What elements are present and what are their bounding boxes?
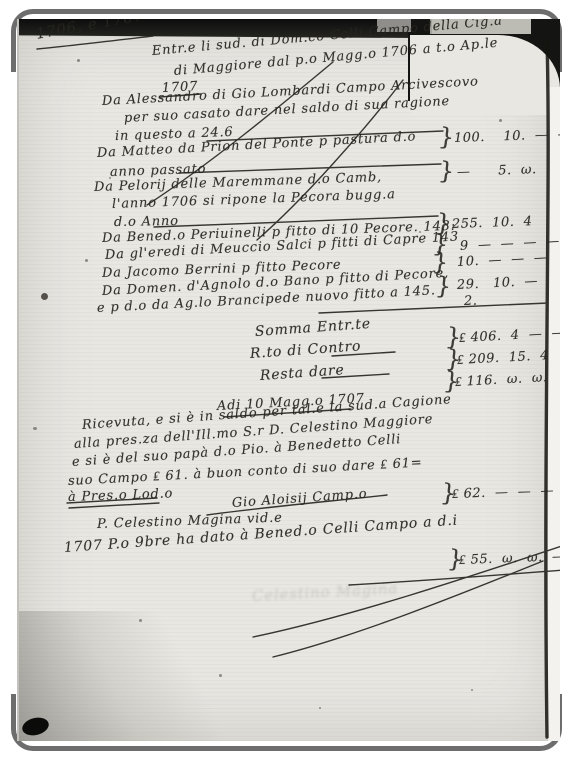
- entry-line: d.o Anno: [114, 214, 179, 230]
- underline-stroke: [319, 303, 548, 313]
- amount-value: — 5. ω.: [457, 162, 537, 180]
- screenshot-canvas: 1706, e 1707 Entr.e li sud. di Dom.co Ce…: [0, 0, 573, 760]
- amount-value: 2.: [464, 294, 478, 309]
- amount-value: 255. 10. 4: [452, 214, 533, 232]
- flourish-stroke: [273, 561, 543, 657]
- scan-page: 1706, e 1707 Entr.e li sud. di Dom.co Ce…: [17, 19, 560, 741]
- page-edge-line: [546, 41, 548, 737]
